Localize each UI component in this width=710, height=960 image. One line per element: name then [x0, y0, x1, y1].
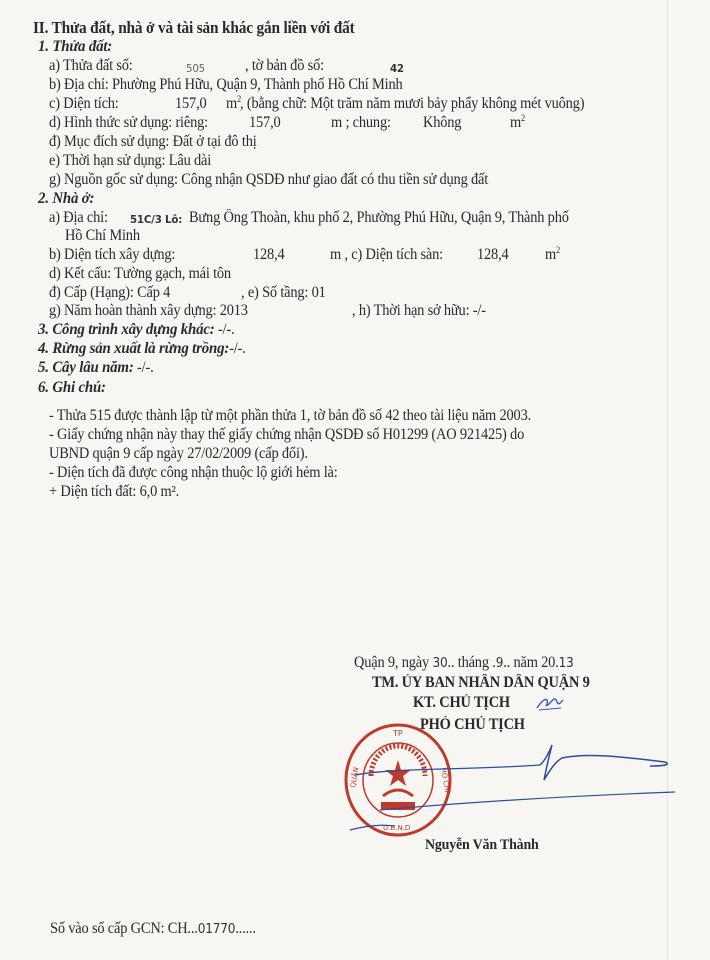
- note-line: - Thửa 515 được thành lập từ một phần th…: [49, 407, 531, 425]
- house-structure: d) Kết cấu: Tường gạch, mái tôn: [49, 265, 231, 283]
- house-address-line1: Bưng Ông Thoàn, khu phố 2, Phường Phú Hữ…: [189, 209, 569, 227]
- house-grade: đ) Cấp (Hạng): Cấp 4: [49, 284, 170, 302]
- land-use-form-label: d) Hình thức sử dụng: riêng:: [49, 114, 208, 132]
- land-term: e) Thời hạn sử dụng: Lâu dài: [49, 152, 211, 170]
- land-origin: g) Nguồn gốc sử dụng: Công nhận QSDĐ như…: [49, 171, 488, 189]
- note-line: - Diện tích đã được công nhận thuộc lộ g…: [49, 464, 338, 482]
- certificate-page: II. Thửa đất, nhà ở và tài sản khác gắn …: [0, 0, 710, 960]
- land-area-words: , (bằng chữ: Một trăm năm mươi bảy phẩy …: [240, 95, 584, 113]
- land-use-common-label: m ; chung:: [331, 114, 391, 132]
- land-heading: 1. Thửa đất:: [38, 38, 112, 56]
- house-address-label: a) Địa chỉ:: [49, 209, 108, 227]
- land-map-label: , tờ bản đồ số:: [245, 57, 324, 75]
- house-ownership-term: , h) Thời hạn sở hữu: -/-: [352, 302, 486, 320]
- land-use-unit: m2: [510, 114, 525, 132]
- house-floor-area-label: m , c) Diện tích sàn:: [330, 246, 443, 264]
- signature-icon: [350, 740, 680, 835]
- note-line: UBND quận 9 cấp ngày 27/02/2009 (cấp đổi…: [49, 445, 308, 463]
- note-line: + Diện tích đất: 6,0 m².: [49, 483, 179, 501]
- signatory-capacity: KT. CHỦ TỊCH: [413, 694, 510, 712]
- perennial-trees: 5. Cây lâu năm: -/-.: [38, 359, 153, 377]
- issuing-authority: TM. ỦY BAN NHÂN DÂN QUẬN 9: [372, 674, 590, 692]
- house-build-area-label: b) Diện tích xây dựng:: [49, 246, 175, 264]
- house-floors: , e) Số tầng: 01: [241, 284, 326, 302]
- land-use-common: Không: [423, 114, 461, 132]
- production-forest: 4. Rừng sản xuất là rừng trồng:-/-.: [38, 340, 246, 358]
- land-parcel-label: a) Thửa đất số:: [49, 57, 133, 75]
- house-floor-area-unit: m2: [545, 246, 560, 264]
- land-area-value: 157,0: [175, 95, 207, 113]
- notes-heading: 6. Ghi chú:: [38, 379, 106, 397]
- svg-text:TP: TP: [392, 729, 403, 738]
- issue-date: Quận 9, ngày 30.. tháng .9.. năm 20.13: [354, 654, 574, 673]
- house-address-line2: Hồ Chí Minh: [65, 227, 140, 245]
- land-purpose: đ) Mục đích sử dụng: Đất ở tại đô thị: [49, 133, 257, 151]
- house-build-area-value: 128,4: [253, 246, 285, 264]
- initials-mark: [535, 694, 565, 712]
- note-line: - Giấy chứng nhận này thay thế giấy chứn…: [49, 426, 524, 444]
- house-heading: 2. Nhà ở:: [38, 190, 94, 208]
- house-year-built: g) Năm hoàn thành xây dựng: 2013: [49, 302, 248, 320]
- signatory-name: Nguyễn Văn Thành: [425, 836, 539, 854]
- section-title: II. Thửa đất, nhà ở và tài sản khác gắn …: [33, 19, 355, 37]
- land-address: b) Địa chỉ: Phường Phú Hữu, Quận 9, Thàn…: [49, 76, 403, 94]
- land-area-unit: m2: [226, 95, 241, 113]
- land-use-private: 157,0: [249, 114, 281, 132]
- land-area-label: c) Diện tích:: [49, 95, 119, 113]
- registry-number: Số vào sổ cấp GCN: CH...01770......: [50, 920, 256, 939]
- other-construction: 3. Công trình xây dựng khác: -/-.: [38, 321, 234, 339]
- house-floor-area-value: 128,4: [477, 246, 509, 264]
